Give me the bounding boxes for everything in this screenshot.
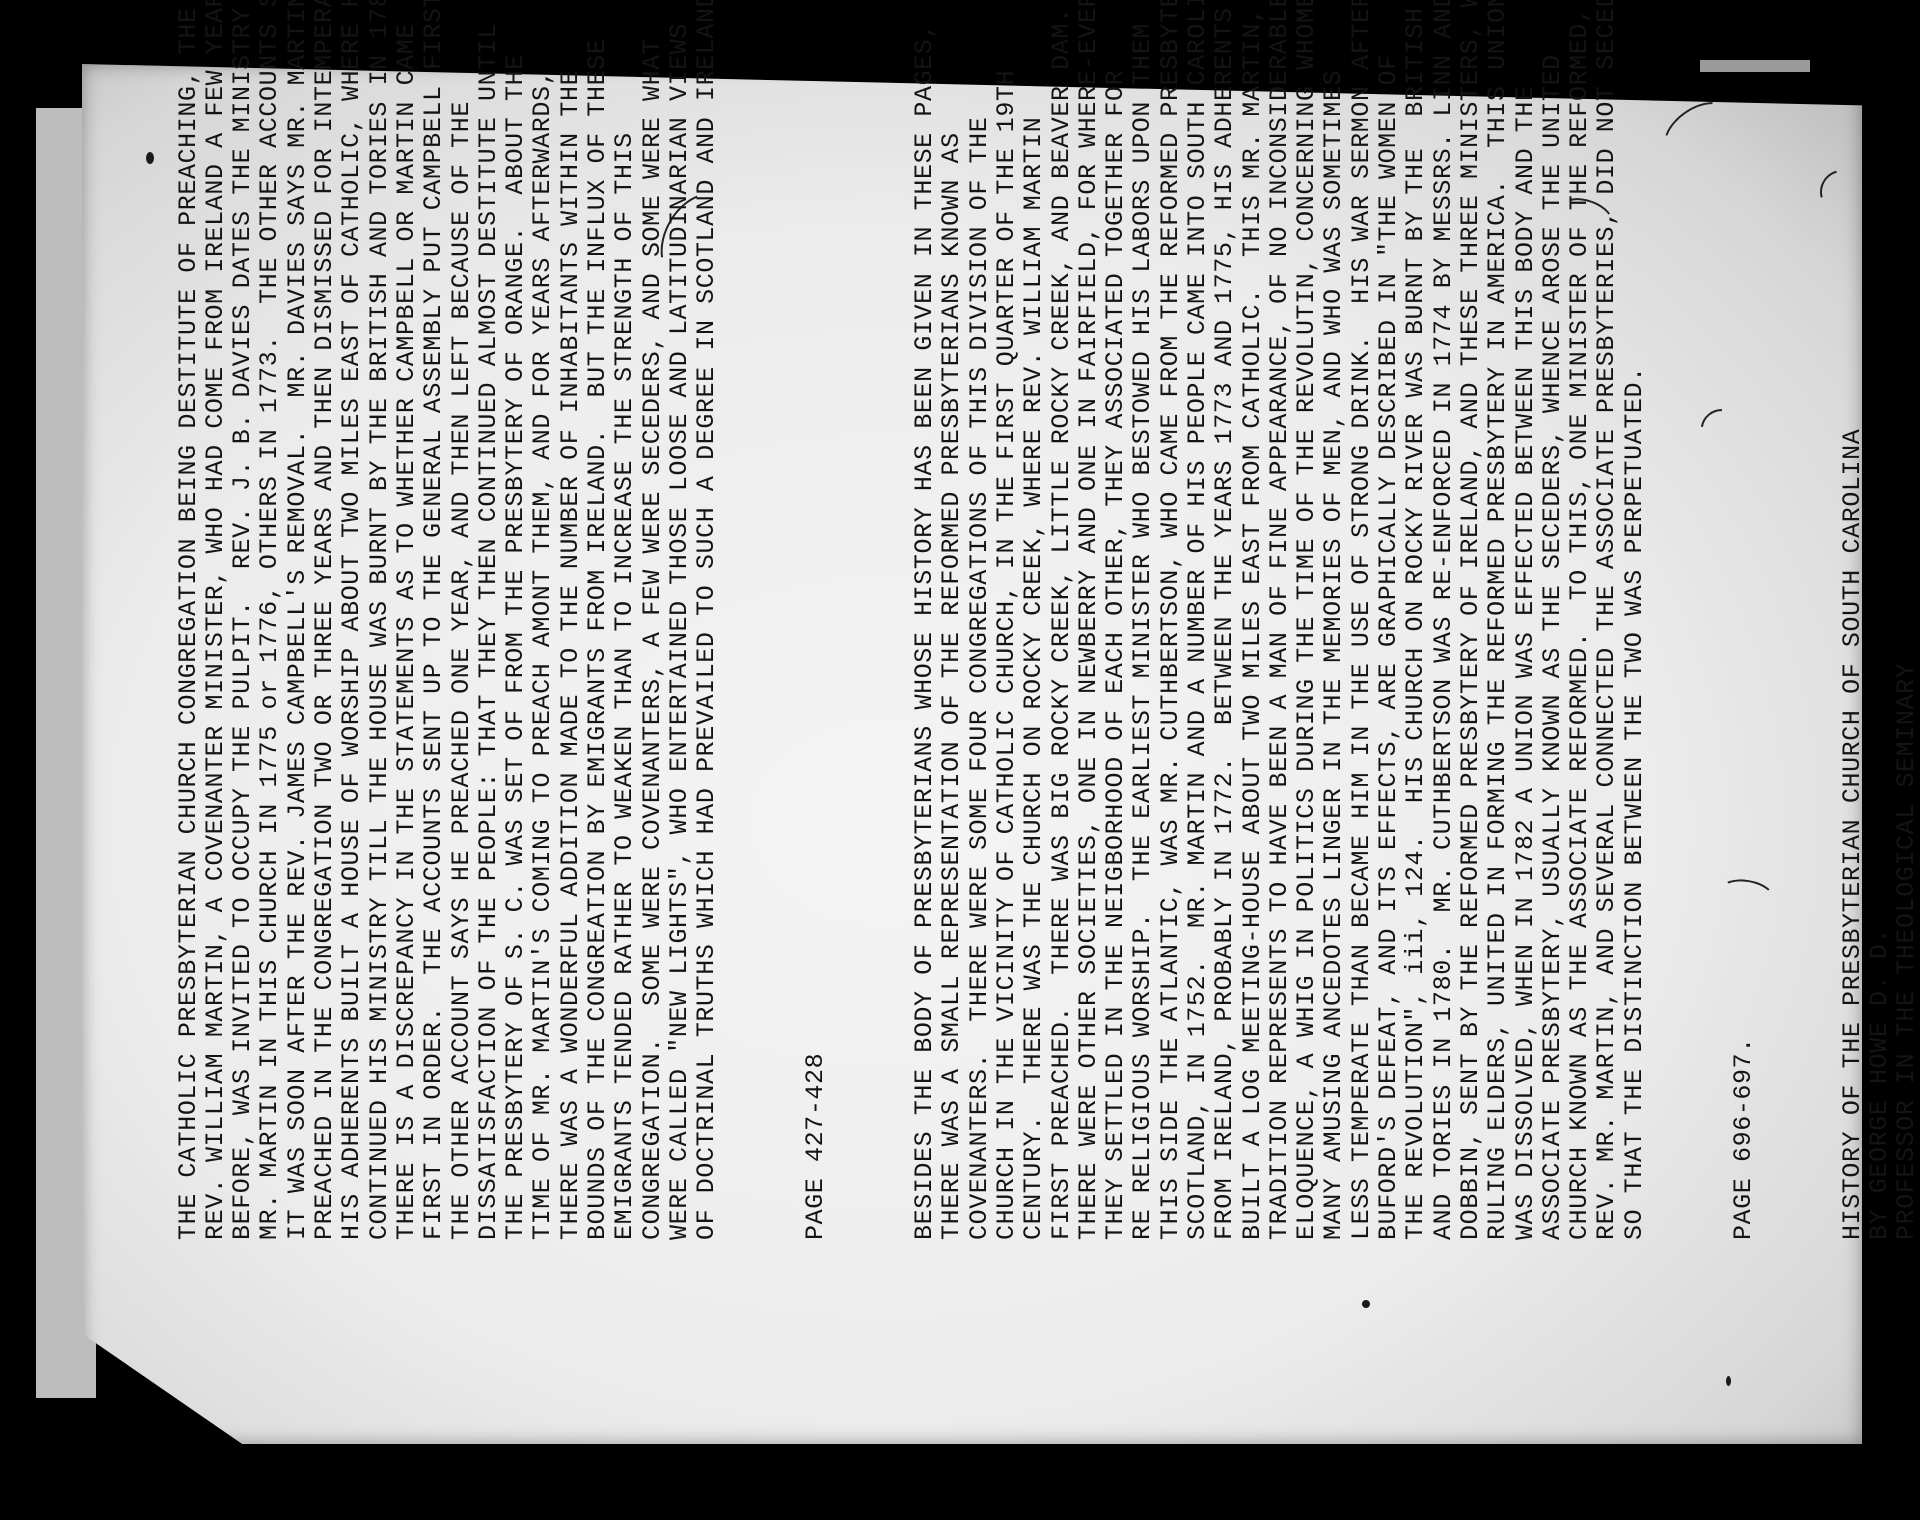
ink-speck bbox=[1362, 1300, 1370, 1308]
text-line: BEFORE, WAS INVITED TO OCCUPY THE PULPIT… bbox=[229, 120, 256, 1240]
text-line: THE PRESBYTERY OF S. C. WAS SET OF FROM … bbox=[502, 120, 529, 1240]
text-line: WERE CALLED "NEW LIGHTS", WHO ENTERTAINE… bbox=[666, 120, 693, 1240]
text-line: ELOQUENCE, A WHIG IN POLITICS DURING THE… bbox=[1293, 120, 1320, 1240]
text-line: FIRST PREACHED. THERE WAS BIG ROCKY CREE… bbox=[1048, 120, 1075, 1240]
text-line: THEY SETTLED IN THE NEIGBORHOOD OF EACH … bbox=[1102, 120, 1129, 1240]
text-line: RULING ELDERS, UNITED IN FORMING THE REF… bbox=[1484, 120, 1511, 1240]
text-line: CONTINUED HIS MINISTRY TILL THE HOUSE WA… bbox=[366, 120, 393, 1240]
text-line: BY GEORGE HOWE D. D. bbox=[1866, 120, 1893, 1240]
text-line: ASSOCIATE PRESBYTERY, USUALLY KNOWN AS T… bbox=[1539, 120, 1566, 1240]
text-line: REV. WILLIAM MARTIN, A COVENANTER MINIST… bbox=[202, 120, 229, 1240]
text-line: LESS TEMPERATE THAN BECAME HIM IN THE US… bbox=[1348, 120, 1375, 1240]
page-reference-696-697: PAGE 696-697. bbox=[1730, 120, 1757, 1240]
text-line: OF DOCTRINAL TRUTHS WHICH HAD PREVAILED … bbox=[693, 120, 720, 1240]
text-line: SCOTLAND, IN 1752. MR. MARTIN AND A NUMB… bbox=[1184, 120, 1211, 1240]
text-line: CHURCH IN THE VICINITY OF CATHOLIC CHURC… bbox=[993, 120, 1020, 1240]
text-line: BOUNDS OF THE CONGREATION BY EMIGRANTS F… bbox=[584, 120, 611, 1240]
paragraph-catholic-congregation: THE CATHOLIC PRESBYTERIAN CHURCH CONGREG… bbox=[175, 120, 721, 1240]
text-line: FROM IRELAND, PROBABLY IN 1772. BETWEEN … bbox=[1211, 120, 1238, 1240]
underlying-sheet-edge-top bbox=[1700, 60, 1810, 72]
text-line: SO THAT THE DISTINCTION BETWEEN THE TWO … bbox=[1621, 120, 1648, 1240]
source-citation: HISTORY OF THE PRESBYTERIAN CHURCH OF SO… bbox=[1839, 120, 1920, 1240]
ink-speck bbox=[1726, 1376, 1731, 1386]
text-line: CONGREGATION. SOME WERE COVENANTERS, A F… bbox=[639, 120, 666, 1240]
text-line: IT WAS SOON AFTER THE REV. JAMES CAMPBEL… bbox=[284, 120, 311, 1240]
text-line: AND TORIES IN 1780. MR. CUTHBERTSON WAS … bbox=[1430, 120, 1457, 1240]
text-line: FIRST IN ORDER. THE ACCOUNTS SENT UP TO … bbox=[420, 120, 447, 1240]
text-line: THERE WERE OTHER SOCIETIES, ONE IN NEWBE… bbox=[1075, 120, 1102, 1240]
scanned-document: THE CATHOLIC PRESBYTERIAN CHURCH CONGREG… bbox=[0, 0, 1920, 1520]
text-line: TRADITION REPRESENTS TO HAVE BEEN A MAN … bbox=[1266, 120, 1293, 1240]
text-line: BESIDES THE BODY OF PRESBYTERIANS WHOSE … bbox=[911, 120, 938, 1240]
text-line: CHURCH KNOWN AS THE ASSOCIATE REFORMED. … bbox=[1566, 120, 1593, 1240]
text-line: HISTORY OF THE PRESBYTERIAN CHURCH OF SO… bbox=[1839, 120, 1866, 1240]
text-line: WAS DISSOLVED, WHEN IN 1782 A UNION WAS … bbox=[1512, 120, 1539, 1240]
text-line: CENTURY. THERE WAS THE CHURCH ON ROCKY C… bbox=[1020, 120, 1047, 1240]
text-line: PREACHED IN THE CONGREGATION TWO OR THRE… bbox=[311, 120, 338, 1240]
text-line: HIS ADHERENTS BUILT A HOUSE OF WORSHIP A… bbox=[338, 120, 365, 1240]
text-line: PROFESSOR IN THE THEOLOGICAL SEMINARY bbox=[1893, 120, 1920, 1240]
text-line: EMIGRANTS TENDED RATHER TO WEAKEN THAN T… bbox=[611, 120, 638, 1240]
paragraph-covenanters: BESIDES THE BODY OF PRESBYTERIANS WHOSE … bbox=[911, 120, 1648, 1240]
text-line: THERE IS A DISCREPANCY IN THE STATEMENTS… bbox=[393, 120, 420, 1240]
page-reference-427-428: PAGE 427-428 bbox=[802, 120, 829, 1240]
text-line: DOBBIN, SENT BY THE REFORMED PRESBYTERY … bbox=[1457, 120, 1484, 1240]
text-line: BUILT A LOG MEETING-HOUSE ABOUT TWO MILE… bbox=[1239, 120, 1266, 1240]
text-line: THE CATHOLIC PRESBYTERIAN CHURCH CONGREG… bbox=[175, 120, 202, 1240]
text-line: REV. MR. MARTIN, AND SEVERAL CONNECTED T… bbox=[1593, 120, 1620, 1240]
text-line: TIME OF MR. MARTIN'S COMING TO PREACH AM… bbox=[529, 120, 556, 1240]
text-line: MR. MARTIN IN THIS CHURCH IN 1775 or 177… bbox=[256, 120, 283, 1240]
text-line: RE RELIGIOUS WORSHIP. THE EARLIEST MINIS… bbox=[1129, 120, 1156, 1240]
text-line: COVENANTERS. THERE WERE SOME FOUR CONGRE… bbox=[966, 120, 993, 1240]
text-line: THERE WAS A WONDERFUL ADDITION MADE TO T… bbox=[557, 120, 584, 1240]
text-line: THE OTHER ACCOUNT SAYS HE PREACHED ONE Y… bbox=[448, 120, 475, 1240]
text-line: THE REVOLUTION", iii, 124. HIS CHURCH ON… bbox=[1402, 120, 1429, 1240]
rotated-text-page: THE CATHOLIC PRESBYTERIAN CHURCH CONGREG… bbox=[120, 120, 1800, 1240]
text-line: MANY AMUSING ANCEDOTES LINGER IN THE MEM… bbox=[1320, 120, 1347, 1240]
text-line: DISSATISFACTION OF THE PEOPLE: THAT THEY… bbox=[475, 120, 502, 1240]
text-line: THERE WAS A SMALL REPRESENTATION OF THE … bbox=[938, 120, 965, 1240]
text-line: THIS SIDE THE ATLANTIC, WAS MR. CUTHBERT… bbox=[1157, 120, 1184, 1240]
text-line: BUFORD'S DEFEAT, AND ITS EFFECTS, ARE GR… bbox=[1375, 120, 1402, 1240]
